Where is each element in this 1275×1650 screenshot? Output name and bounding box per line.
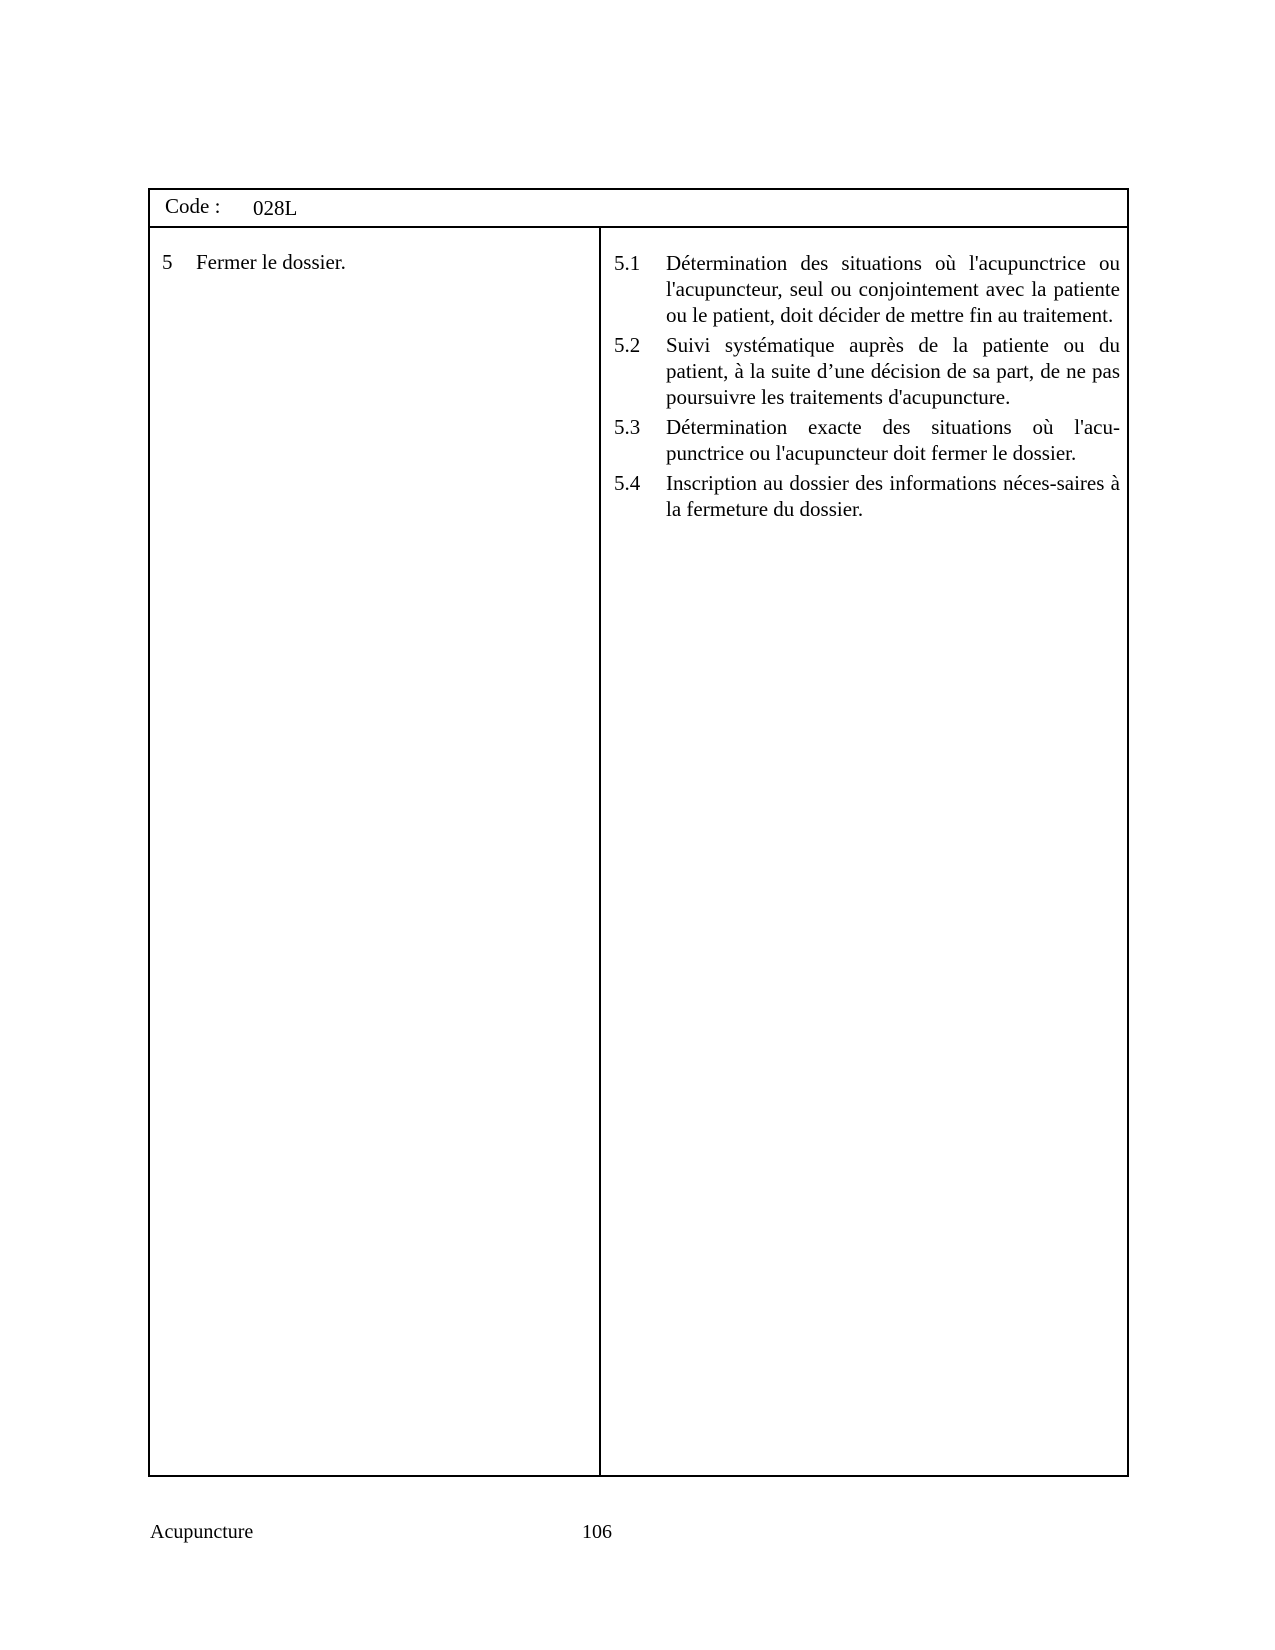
- criteria-text: Détermination des situations où l'acupun…: [666, 250, 1120, 328]
- competency-table: Code : 028L 5Fermer le dossier. 5.1 Déte…: [148, 188, 1129, 1477]
- code-label: Code :: [165, 194, 220, 219]
- criteria-number: 5.1: [614, 250, 666, 328]
- criteria-number: 5.3: [614, 414, 666, 466]
- criteria-item: 5.2 Suivi systématique auprès de la pati…: [614, 332, 1120, 410]
- column-divider: [599, 228, 601, 1475]
- criteria-text: Détermination exacte des situations où l…: [666, 414, 1120, 466]
- code-value: 028L: [253, 196, 297, 221]
- criteria-text: Inscription au dossier des informations …: [666, 470, 1120, 522]
- footer-title: Acupuncture: [150, 1521, 253, 1544]
- code-row: Code : 028L: [150, 190, 1127, 228]
- criteria-item: 5.4 Inscription au dossier des informati…: [614, 470, 1120, 522]
- element-number: 5: [162, 250, 196, 275]
- page-number: 106: [582, 1521, 612, 1544]
- criteria-cell: 5.1 Détermination des situations où l'ac…: [614, 250, 1120, 526]
- criteria-item: 5.1 Détermination des situations où l'ac…: [614, 250, 1120, 328]
- element-text: Fermer le dossier.: [196, 250, 346, 274]
- criteria-text: Suivi systématique auprès de la patiente…: [666, 332, 1120, 410]
- criteria-item: 5.3 Détermination exacte des situations …: [614, 414, 1120, 466]
- element-cell: 5Fermer le dossier.: [162, 250, 346, 275]
- criteria-number: 5.2: [614, 332, 666, 410]
- criteria-number: 5.4: [614, 470, 666, 522]
